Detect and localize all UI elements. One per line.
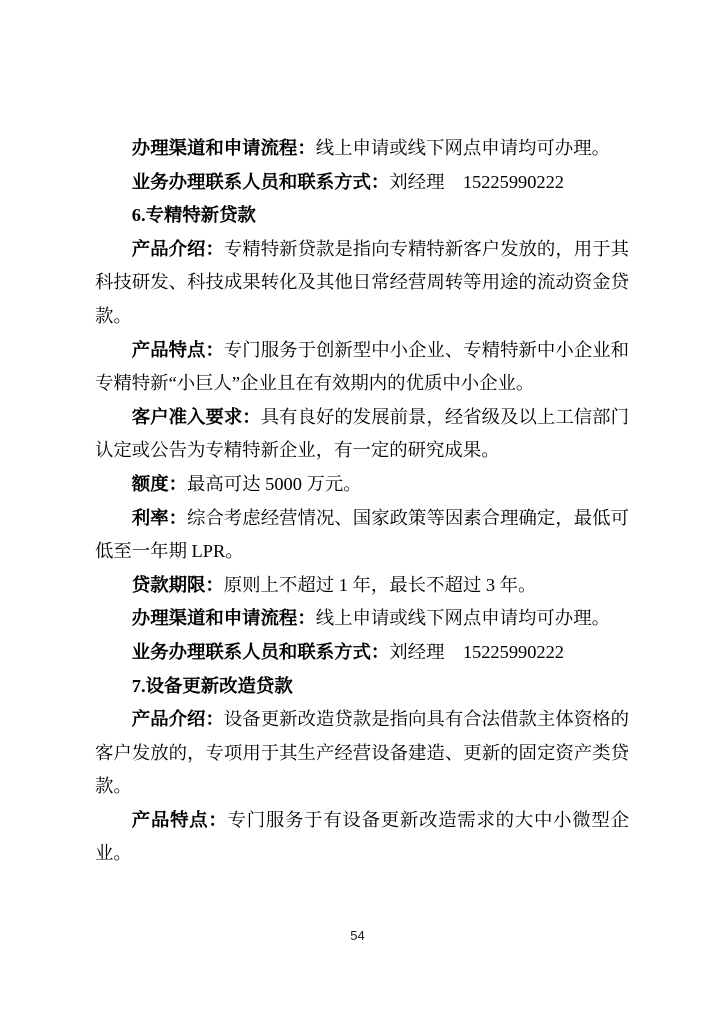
field-value: 刘经理 15225990222	[389, 172, 564, 192]
field-value: 刘经理 15225990222	[389, 642, 564, 662]
paragraph: 贷款期限：原则上不超过 1 年，最长不超过 3 年。	[95, 569, 629, 603]
field-label: 客户准入要求：	[132, 407, 261, 427]
paragraph: 客户准入要求：具有良好的发展前景，经省级及以上工信部门认定或公告为专精特新企业，…	[95, 401, 629, 468]
paragraph: 业务办理联系人员和联系方式：刘经理 15225990222	[95, 166, 629, 200]
paragraph: 产品介绍：专精特新贷款是指向专精特新客户发放的，用于其科技研发、科技成果转化及其…	[95, 233, 629, 334]
paragraph: 产品特点：专门服务于有设备更新改造需求的大中小微型企业。	[95, 804, 629, 871]
paragraph: 办理渠道和申请流程：线上申请或线下网点申请均可办理。	[95, 602, 629, 636]
paragraph: 业务办理联系人员和联系方式：刘经理 15225990222	[95, 636, 629, 670]
document-page: 办理渠道和申请流程：线上申请或线下网点申请均可办理。业务办理联系人员和联系方式：…	[0, 0, 715, 1011]
field-label: 贷款期限：	[132, 575, 224, 595]
field-label: 产品特点：	[132, 340, 224, 360]
paragraph: 办理渠道和申请流程：线上申请或线下网点申请均可办理。	[95, 132, 629, 166]
paragraph: 产品介绍：设备更新改造贷款是指向具有合法借款主体资格的客户发放的，专项用于其生产…	[95, 703, 629, 804]
field-label: 办理渠道和申请流程：	[132, 608, 316, 628]
field-label: 业务办理联系人员和联系方式：	[132, 172, 389, 192]
paragraph: 额度：最高可达 5000 万元。	[95, 468, 629, 502]
field-value: 线上申请或线下网点申请均可办理。	[316, 138, 610, 158]
paragraph: 利率：综合考虑经营情况、国家政策等因素合理确定，最低可低至一年期 LPR。	[95, 502, 629, 569]
field-value: 最高可达 5000 万元。	[187, 474, 362, 494]
section-heading: 6.专精特新贷款	[95, 199, 629, 233]
field-label: 利率：	[132, 508, 187, 528]
field-label: 办理渠道和申请流程：	[132, 138, 316, 158]
field-label: 额度：	[132, 474, 187, 494]
field-label: 产品介绍：	[132, 239, 224, 259]
section-heading: 7.设备更新改造贷款	[95, 670, 629, 704]
section-heading-text: 7.设备更新改造贷款	[132, 676, 293, 696]
field-label: 产品介绍：	[132, 709, 224, 729]
page-number: 54	[0, 928, 715, 943]
section-heading-text: 6.专精特新贷款	[132, 205, 256, 225]
paragraph: 产品特点：专门服务于创新型中小企业、专精特新中小企业和专精特新“小巨人”企业且在…	[95, 334, 629, 401]
field-value: 原则上不超过 1 年，最长不超过 3 年。	[224, 575, 537, 595]
document-body: 办理渠道和申请流程：线上申请或线下网点申请均可办理。业务办理联系人员和联系方式：…	[95, 132, 629, 871]
field-label: 产品特点：	[132, 810, 228, 830]
field-label: 业务办理联系人员和联系方式：	[132, 642, 389, 662]
field-value: 线上申请或线下网点申请均可办理。	[316, 608, 610, 628]
